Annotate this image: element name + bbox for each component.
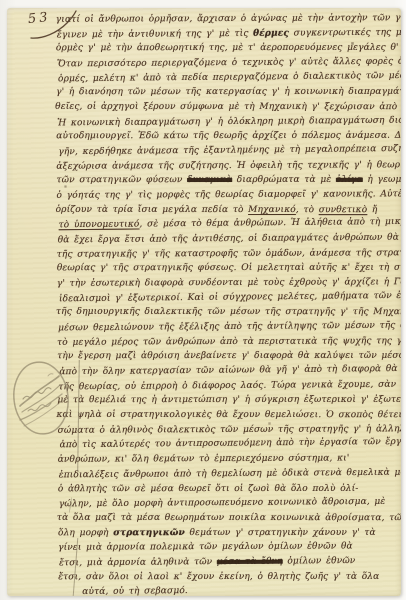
text-segment: τὰ ὅλα μαζὶ τὰ μέσα θεωρημάτων ποικίλα κ…: [57, 513, 401, 523]
overwritten-phrase: θέρμες: [253, 28, 289, 38]
manuscript-page: 53 γιατί οἱ ἄνθρωποι ὁρμῆσαν, ἄρχισαν ὁ …: [7, 8, 401, 596]
text-segment: ἀνθρώπων, κι' ὅλη θεμάτων τὸ ἐμπεριεχόμε…: [58, 454, 350, 465]
manuscript-line: καὶ ψηλὰ οἱ στρατηγικολογικὲς θὰ ἔχουν θ…: [56, 408, 401, 423]
text-segment: θεωρίας γ' τῆς στρατηγικῆς φύσεως. Οἱ με…: [57, 263, 401, 273]
manuscript-line: γ' ἡ διανόηση τῶν μέσων τῆς κατεργασίας …: [56, 85, 401, 100]
text-segment: ἡ γεωμετρία: [363, 175, 401, 185]
manuscript-line: ὅλη μορφὴ στρατηγικῶν θεμάτων γ' στρατηγ…: [58, 525, 401, 540]
text-segment: θεμάτων γ' στρατηγικὴν χάνουν γ' τὰ: [185, 527, 376, 537]
text-segment: διαρθρώματα τὰ μὲ: [232, 175, 336, 185]
manuscript-line: τῶν στρατηγικῶν φύσεων δυναμικὰ διαρθρώμ…: [56, 173, 401, 188]
text-segment: τῆς δημιουργικῆς διαλεκτικῆς τῶν μέσων τ…: [56, 307, 401, 317]
text-segment: , τὸ: [296, 205, 319, 215]
text-segment: Ὅταν περισσότερο περιεργαζόμενα ὁ τεχνικ…: [57, 56, 401, 69]
manuscript-line: μέσων θεμελιώνουν τῆς ἐξέλιξης ἀπὸ τῆς ἀ…: [58, 319, 401, 336]
manuscript-line: ὁ γόητάς της γ' τὶς μορφὲς τῆς θεωρίας δ…: [56, 187, 401, 203]
struck-out-phrase: μέσα τὰ ἔθνη: [217, 556, 283, 567]
manuscript-line: ἐπιδιαλέξεις ἄνθρωποι ἀπὸ τὴ θεμελίωση μ…: [59, 465, 401, 482]
text-segment: ἰδεαλισμοὶ γ' ἐξωτερικοί. Καὶ οἱ σύγχρον…: [59, 290, 401, 304]
manuscript-line: γῆν, κερδήθηκε ἀνάμεσα τῆς ἐξαντλημένης …: [58, 142, 401, 160]
text-segment: τῆς στρατηγικῆς γ' τῆς καταστροφῆς τῶν ὁ…: [57, 248, 401, 260]
text-segment: ὁ γόητάς της γ' τὶς μορφὲς τῆς θεωρίας δ…: [57, 189, 401, 201]
text-segment: ὁ ἀθλητὴς τῶν σὲ μέσα θεωρεῖ ὅτι οἱ ζωοὶ…: [58, 483, 359, 493]
manuscript-line: γώλην, μὲ ὅλο μορφὴ ἀντιπροσωπευόμενο κο…: [59, 495, 401, 512]
underlined-phrase: Μηχανικό: [248, 205, 296, 215]
manuscript-line: γιατί οἱ ἄνθρωποι ὁρμῆσαν, ἄρχισαν ὁ ἀγώ…: [56, 8, 401, 27]
text-segment: γ' ἡ διανόηση τῶν μέσων τῆς κατεργασίας …: [56, 87, 401, 98]
text-segment: μὲ τὰ θεμέλιά της ἡ ἀντιμετώπιση γ' ἡ σύ…: [57, 395, 401, 405]
text-segment: ὅλη μορφὴ: [58, 528, 113, 538]
text-segment: αὐτά, οὐ τὴ σεβασμό.: [82, 586, 188, 596]
text-segment: Ἡ κοινωνικὴ διαπραγμάτωση γ' ἡ ὁλόκληρη …: [57, 115, 401, 128]
scan-background: 53 γιατί οἱ ἄνθρωποι ὁρμῆσαν, ἄρχισαν ὁ …: [0, 0, 406, 600]
text-segment: , σὲ μέσα τὸ θέμα ἀνθρώπων. Ἡ ἀλήθεια ἀπ…: [139, 217, 401, 230]
text-segment: αὐτοδημιουργεῖ. Ἐδῶ κάτω τῆς θεωρῆς ἀρχί…: [56, 131, 401, 142]
struck-out-phrase: δυναμικὰ: [187, 175, 232, 185]
text-segment: γῆν, κερδήθηκε ἀνάμεσα τῆς ἐξαντλημένης …: [58, 143, 401, 157]
text-segment: τὸ μεγάλο μέρος τῶν ἀνθρώπων ἀπὸ τὰ περι…: [57, 336, 401, 348]
text-segment: γ' τὴν ἐσωτερικὴ διαφορὰ συνδέονται μὲ τ…: [57, 277, 401, 289]
text-segment: ἔγινεν μὲ τὴν ἀντιθυνική της γ' μὲ τὶς: [57, 28, 253, 40]
manuscript-line: θεῖες, οἱ ἀρχηγοὶ ξέρουν σύμφωνα μὲ τὴ Μ…: [55, 100, 401, 115]
manuscript-line: αὐτά, οὐ τὴ σεβασμό.: [60, 582, 401, 596]
underlined-phrase: συνθετικὸ: [319, 205, 368, 215]
struck-out-phrase: ὀλίγα: [336, 175, 363, 185]
manuscript-line: τὸ μεγάλο μέρος τῶν ἀνθρώπων ἀπὸ τὰ περι…: [57, 334, 401, 350]
manuscript-line: θεωρίας γ' τῆς στρατηγικῆς φύσεως. Οἱ με…: [57, 261, 401, 276]
text-segment: ὁρμὲς γ' μὲ τὴν ἀποθεωρητική της, μὲ τ' …: [56, 43, 401, 54]
manuscript-line: ἀξεχώρισα ἀνάμεσα τῆς συζήτησης. Ἡ ὀφειλ…: [56, 158, 401, 174]
text-segment: μέσων θεμελιώνουν τῆς ἐξέλιξης ἀπὸ τῆς ἀ…: [58, 320, 401, 333]
text-segment: ἔτσι, σὰν ὅλοι οἱ λαοὶ κ' ἔχουν ἐκείνη, …: [58, 571, 379, 581]
text-segment: τὴν ἔγερση μαζὶ ἀθρόιση ἀνεβαίνετε γ' δι…: [57, 351, 401, 361]
text-segment: ἤ: [367, 205, 377, 215]
text-segment: ἔτσι, μιὰ ἁρμονία ἀληθινὰ τῶν: [59, 557, 217, 568]
text-segment: ὁμίλων ἐθνῶν: [283, 556, 356, 567]
text-segment: τῆς θεωρίας, οὐ ἐπιρροὴ ὁ διάφορος λαός.…: [58, 379, 396, 392]
text-segment: γιατί οἱ ἄνθρωποι ὁρμῆσαν, ἄρχισαν ὁ ἀγώ…: [56, 13, 401, 25]
text-segment: ἀξεχώρισα ἀνάμεσα τῆς συζήτησης. Ἡ ὀφειλ…: [56, 160, 401, 172]
manuscript-line: τῆς στρατηγικῆς γ' τῆς καταστροφῆς τῶν ὁ…: [57, 246, 401, 262]
text-segment: θεῖες, οἱ ἀρχηγοὶ ξέρουν σύμφωνα μὲ τὴ Μ…: [55, 102, 401, 112]
manuscript-line: τὰ ὅλα μαζὶ τὰ μέσα θεωρημάτων ποικίλα κ…: [57, 511, 401, 526]
text-segment: ἀπὸ τὶς καλύτερές του ἀντιπροσωπευόμενη …: [60, 437, 401, 450]
text-segment: συγκεντρωτικές της μὲ τ' ἀντιθέσεις: [289, 27, 401, 38]
manuscript-line: θὰ ἔχει ἔργα ἔτσι ἀπὸ τῆς ἀντιθέσης, οἱ …: [58, 231, 401, 248]
page-number: 53: [27, 10, 51, 27]
manuscript-text: γιατί οἱ ἄνθρωποι ὁρμῆσαν, ἄρχισαν ὁ ἀγώ…: [56, 8, 401, 596]
ink-specks: [7, 8, 8, 9]
underlined-phrase: τὸ ὑπονομευτικό: [59, 220, 140, 231]
text-segment: ἐπιδιαλέξεις ἄνθρωποι ἀπὸ τὴ θεμελίωση μ…: [59, 467, 401, 480]
text-segment: ὁρμές, μελέτη κ' ἀπὸ τὰ πεδία περιεργαζό…: [58, 70, 401, 84]
text-segment: ἀπὸ τὴν ὅλην κατεργασίαν τῶν αἰώνων θὰ γ…: [59, 364, 401, 378]
text-segment: γώλην, μὲ ὅλο μορφὴ ἀντιπροσωπευόμενο κο…: [59, 497, 386, 510]
manuscript-line: μὲ τὰ θεμέλιά της ἡ ἀντιμετώπιση γ' ἡ σύ…: [57, 393, 401, 408]
text-segment: θὰ ἔχει ἔργα ἔτσι ἀπὸ τῆς ἀντιθέσης, οἱ …: [58, 232, 401, 245]
manuscript-line: ἔτσι, μιὰ ἁρμονία ἀληθινὰ τῶν μέσα τὰ ἔθ…: [59, 553, 401, 570]
text-segment: γίνει μιὰ ἁρμονία πολεμικὰ τῶν μεγάλων ὁ…: [58, 542, 353, 553]
overwritten-phrase: στρατηγικῶν: [113, 528, 185, 538]
text-segment: ὁρίζουν τὰ τρία ἴσια μεγάλα πεδία τὸ: [56, 205, 249, 215]
text-segment: τῶν στρατηγικῶν φύσεων: [56, 175, 187, 185]
text-segment: καὶ ψηλὰ οἱ στρατηγικολογικὲς θὰ ἔχουν θ…: [56, 410, 401, 420]
manuscript-line: ὁρμὲς γ' μὲ τὴν ἀποθεωρητική της, μὲ τ' …: [56, 41, 401, 56]
text-segment: σώματα ὁ ἀληθινὸς διαλεκτικὸς τῶν μέσων …: [58, 424, 401, 436]
manuscript-line: τῆς δημιουργικῆς διαλεκτικῆς τῶν μέσων τ…: [56, 305, 401, 320]
